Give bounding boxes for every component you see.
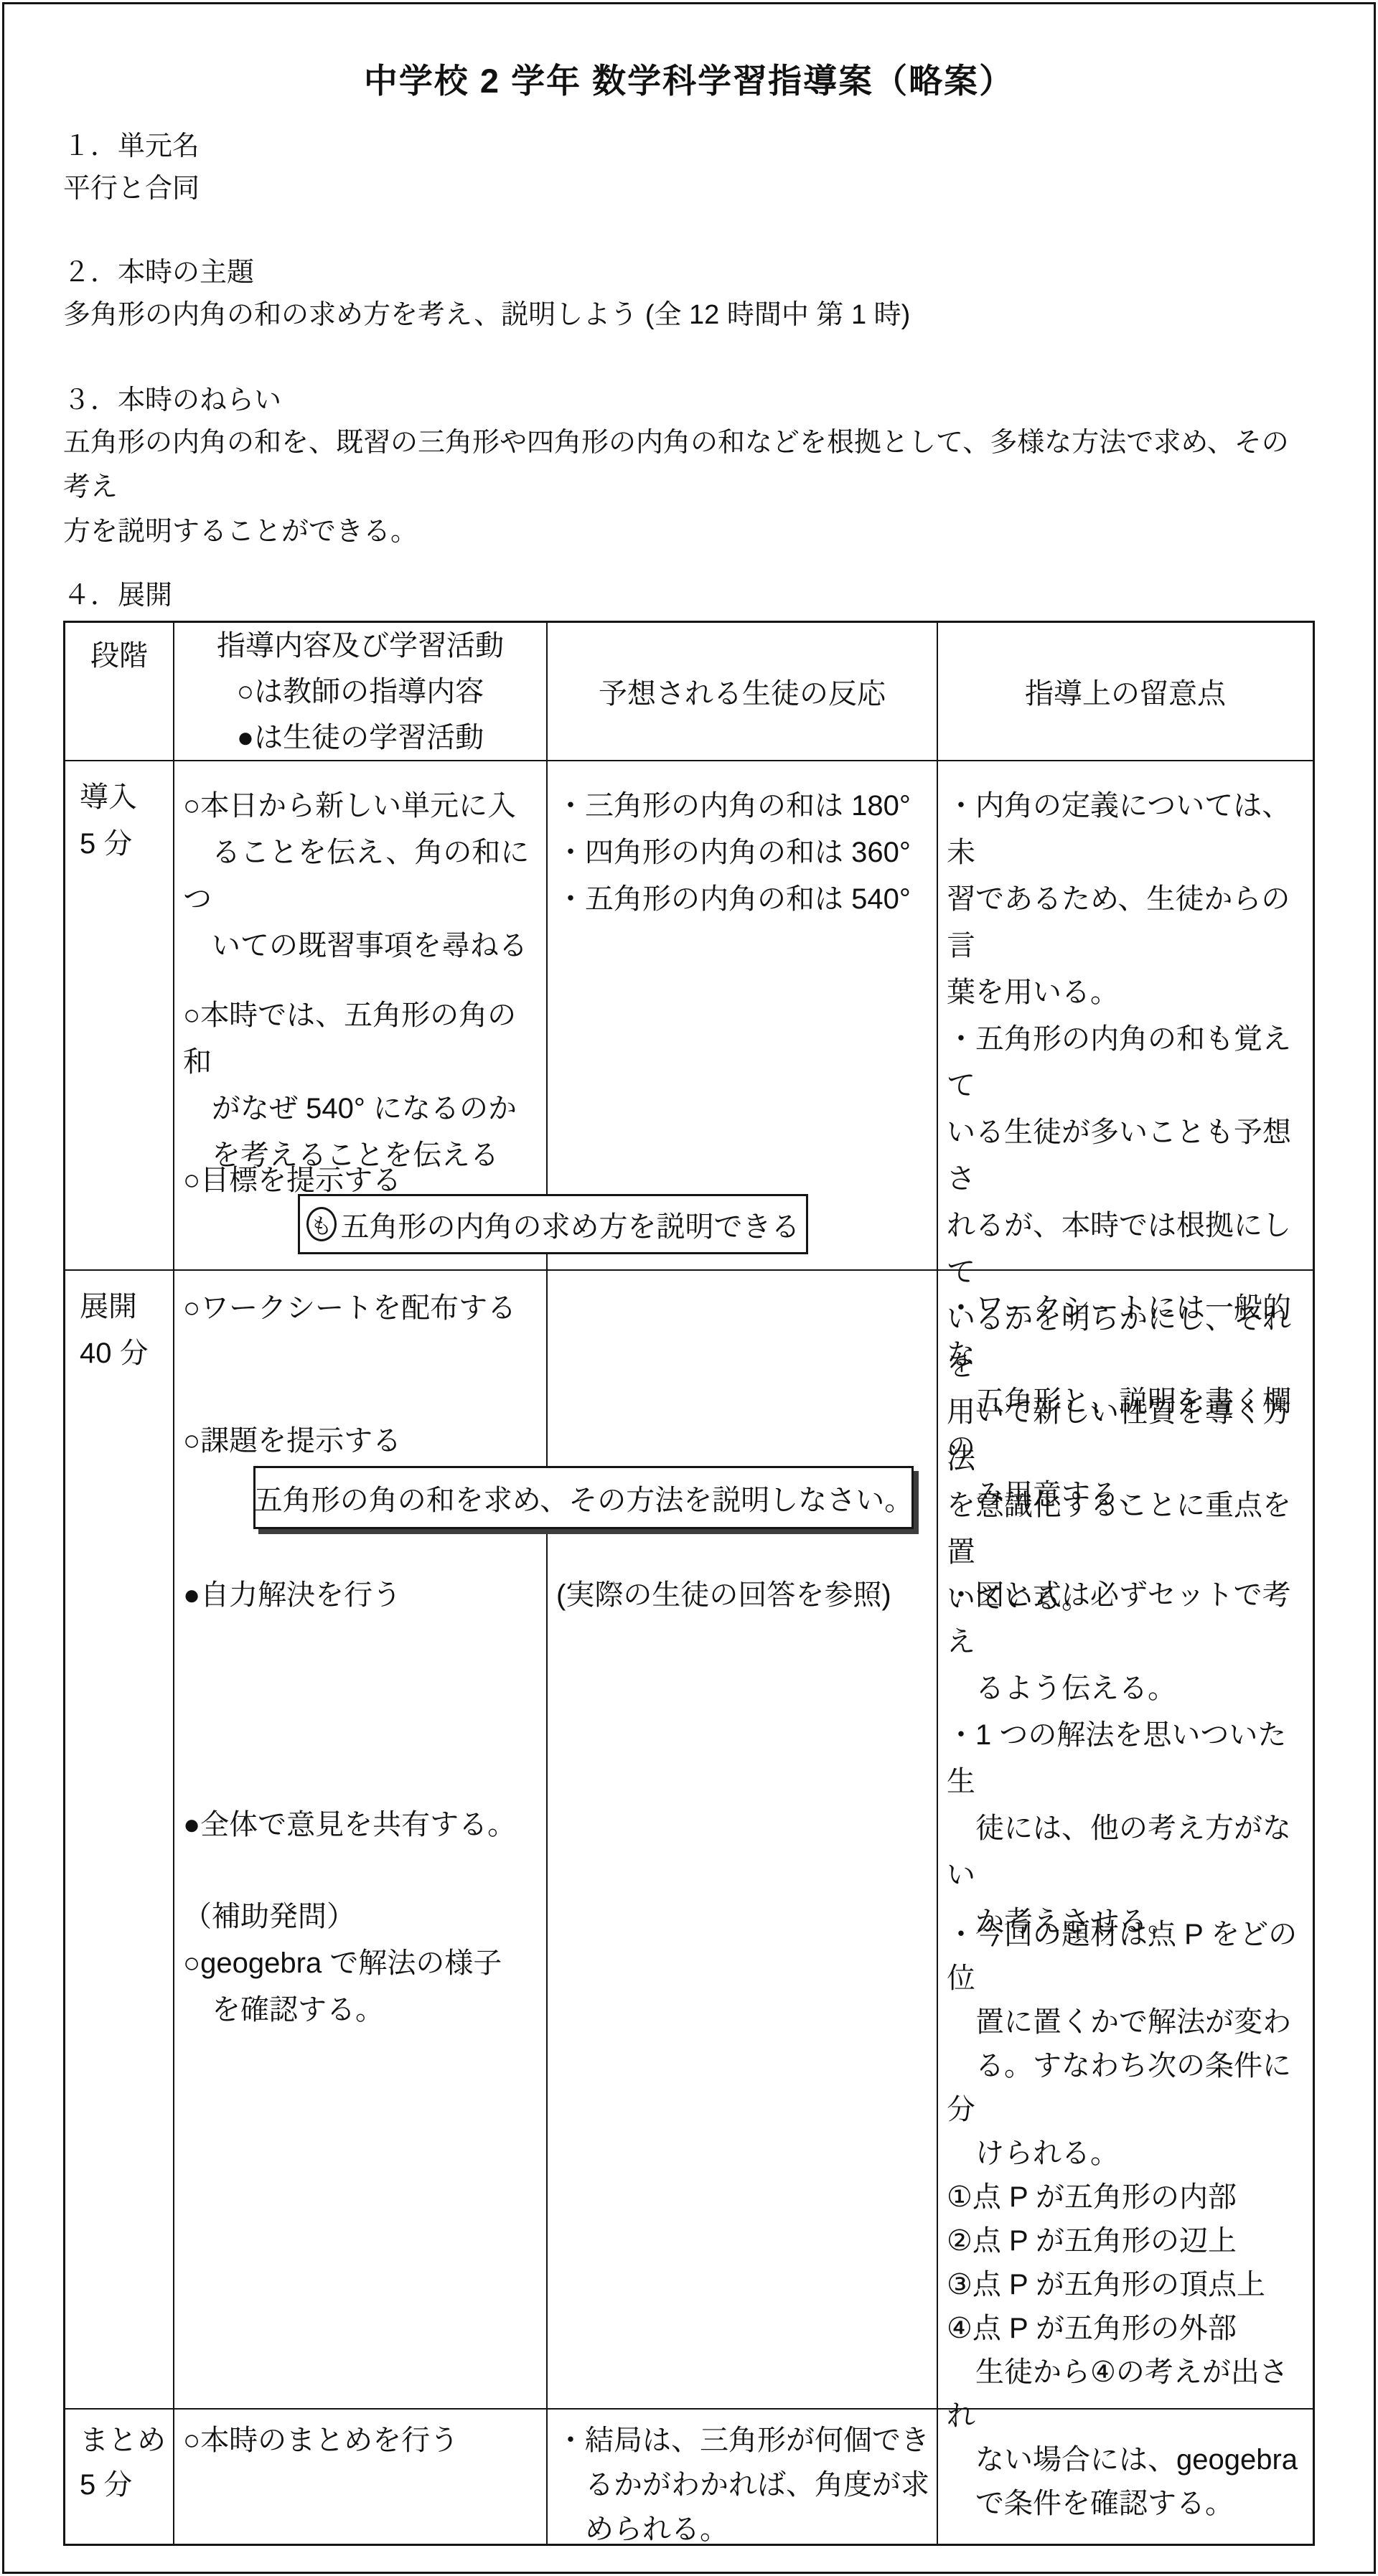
- development-activities-block-5: （補助発問）○geogebra で解法の様子 を確認する。: [183, 1894, 542, 2034]
- header-responses: 予想される生徒の反応: [548, 623, 938, 761]
- development-notes-block-1: ・ワークシートには一般的な 五角形と、説明を書く欄の み用意する、: [947, 1285, 1308, 1518]
- section-theme-heading: ２．本時の主題: [63, 250, 1315, 289]
- lesson-plan-page: 中学校 2 学年 数学科学習指導案（略案） １．単元名 平行と合同 ２．本時の主…: [0, 0, 1378, 2576]
- summary-activities-block: ○本時のまとめを行う: [183, 2418, 542, 2463]
- development-activities-block-1: ○ワークシートを配布する: [183, 1285, 542, 1332]
- section-aim-heading: ３．本時のねらい: [63, 377, 1315, 417]
- intro-responses-block: ・三角形の内角の和は 180°・四角形の内角の和は 360°・五角形の内角の和は…: [556, 783, 932, 923]
- development-notes-block-2: ・図と式は必ずセットで考え るよう伝える。・1 つの解法を思いついた生 徒には、…: [947, 1572, 1308, 1945]
- header-stage: 段階: [65, 623, 174, 761]
- section-unit-heading: １．単元名: [63, 123, 1315, 163]
- development-responses-block: (実際の生徒の回答を参照): [556, 1572, 932, 1619]
- summary-responses-block: ・結局は、三角形が何個でき るかがわかれば、角度が求 められる。: [556, 2418, 932, 2552]
- goal-box: も 五角形の内角の求め方を説明できる: [298, 1194, 808, 1254]
- header-stage-label: 段階: [90, 633, 148, 760]
- summary-activities: ○本時のまとめを行う: [174, 2410, 548, 2544]
- section-aim-body: 五角形の内角の和を、既習の三角形や四角形の内角の和などを根拠として、多様な方法で…: [63, 420, 1315, 554]
- section-unit-body: 平行と合同: [63, 166, 1315, 211]
- header-activities: 指導内容及び学習活動○は教師の指導内容●は生徒の学習活動: [174, 623, 548, 761]
- section-development-heading: ４．展開: [63, 573, 1315, 612]
- development-notes: ・ワークシートには一般的な 五角形と、説明を書く欄の み用意する、 ・図と式は必…: [938, 1271, 1313, 2410]
- goal-box-text: 五角形の内角の求め方を説明できる: [341, 1204, 800, 1245]
- development-activities-block-2: ○課題を提示する: [183, 1418, 542, 1465]
- task-box: 五角形の角の和を求め、その方法を説明しなさい。: [253, 1466, 914, 1529]
- header-notes: 指導上の留意点: [938, 623, 1313, 761]
- intro-activities-block-1: ○本日から新しい単元に入 ることを伝え、角の和につ いての既習事項を尋ねる: [183, 783, 542, 969]
- development-activities-block-3: ●自力解決を行う: [183, 1572, 542, 1619]
- summary-responses: ・結局は、三角形が何個でき るかがわかれば、角度が求 められる。: [548, 2410, 938, 2544]
- summary-notes: [938, 2410, 1313, 2544]
- summary-stage: まとめ5 分: [65, 2410, 174, 2544]
- intro-notes: ・内角の定義については、未習であるため、生徒からの言葉を用いる。・五角形の内角の…: [938, 761, 1313, 1271]
- development-responses: (実際の生徒の回答を参照): [548, 1271, 938, 2410]
- development-activities: ○ワークシートを配布する ○課題を提示する ●自力解決を行う ●全体で意見を共有…: [174, 1271, 548, 2410]
- page-title: 中学校 2 学年 数学科学習指導案（略案）: [0, 55, 1378, 103]
- development-activities-block-4: ●全体で意見を共有する。: [183, 1802, 542, 1848]
- goal-marker-icon: も: [306, 1207, 337, 1241]
- task-box-text: 五角形の角の和を求め、その方法を説明しなさい。: [254, 1477, 913, 1518]
- development-table: 段階 指導内容及び学習活動○は教師の指導内容●は生徒の学習活動 予想される生徒の…: [63, 621, 1315, 2546]
- intro-activities-block-2: ○本時では、五角形の角の和 がなぜ 540° になるのか を考えることを伝える: [183, 992, 542, 1179]
- section-theme-body: 多角形の内角の和の求め方を考え、説明しよう (全 12 時間中 第 1 時): [63, 293, 1315, 337]
- intro-stage: 導入5 分: [65, 761, 174, 1271]
- development-stage: 展開40 分: [65, 1271, 174, 2410]
- header-responses-label: 予想される生徒の反応: [599, 671, 886, 712]
- header-notes-label: 指導上の留意点: [1025, 671, 1226, 712]
